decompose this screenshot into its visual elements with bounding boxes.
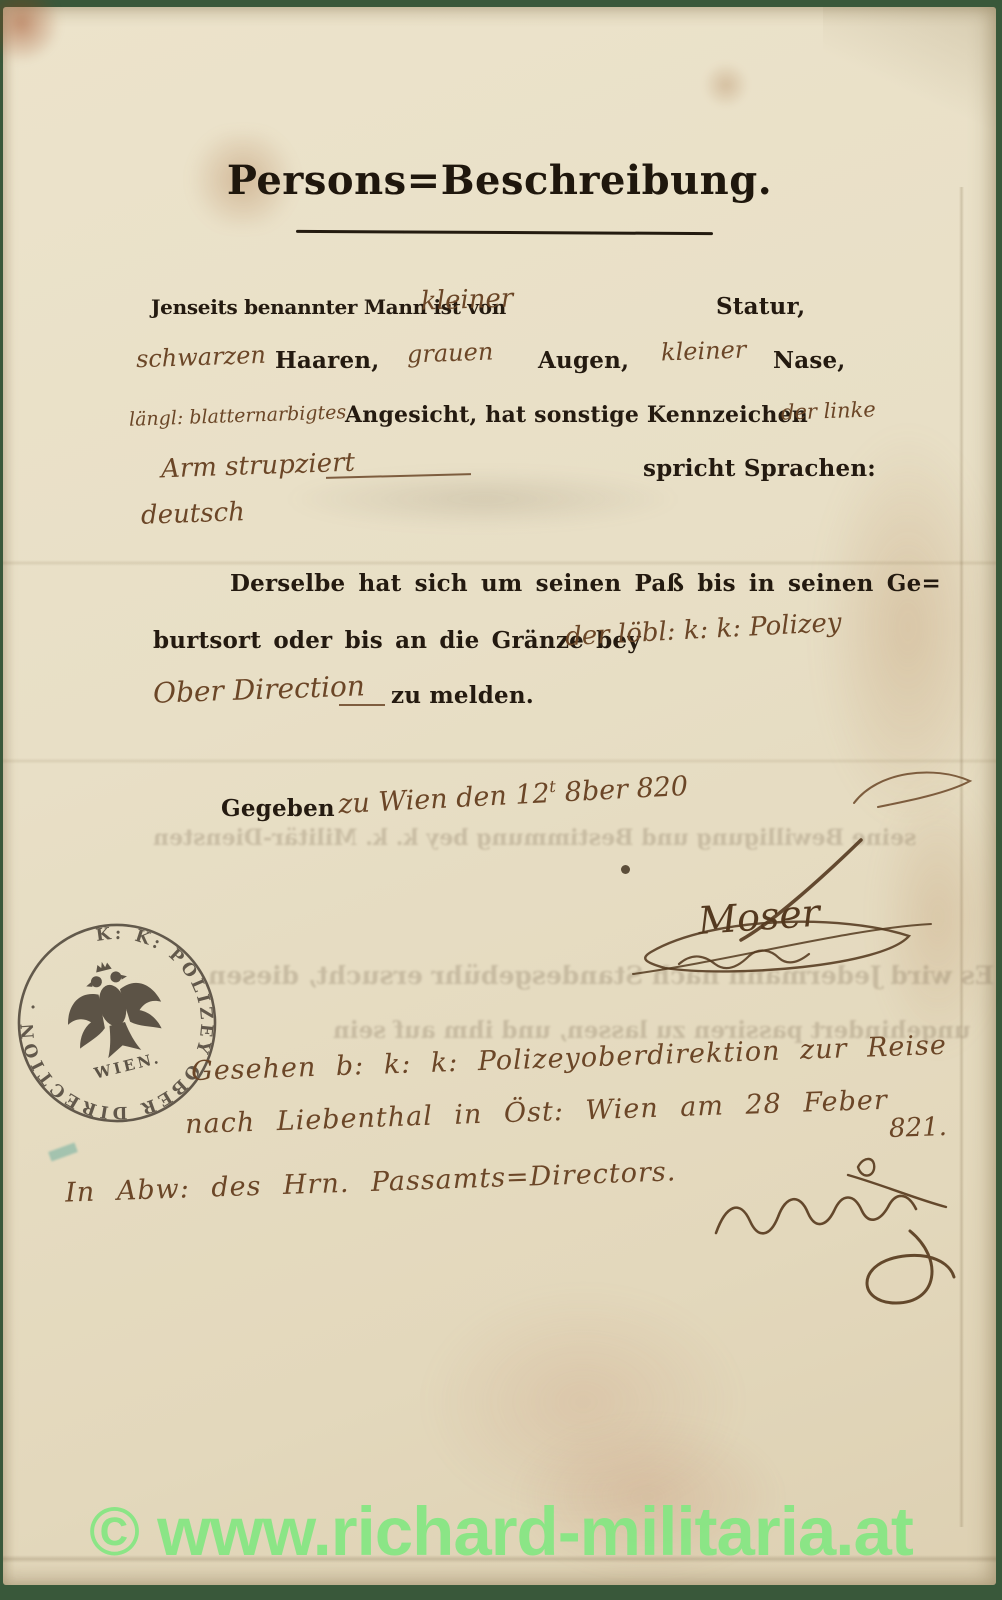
stain [423, 1287, 743, 1517]
scanned-document-photo: { "photo": { "background_color": "#39583… [0, 0, 1002, 1600]
printed-text: Statur, [716, 293, 805, 320]
blank-line-dash [339, 704, 385, 706]
printed-text: Derselbe hat sich um seinen Paß bis in s… [230, 570, 941, 597]
stamp-city-text: WIEN. [91, 1049, 163, 1083]
date-part: zu Wien den 12 [337, 778, 550, 820]
handwritten-entry: deutsch [141, 497, 246, 531]
stain [0, 0, 61, 63]
stain [48, 1143, 78, 1162]
fold-shadow [823, 7, 996, 137]
police-stamp: K: K: POLIZEY OBER DIRECTION . WIEN. [11, 917, 223, 1129]
signature-scrawl [716, 1196, 916, 1233]
printed-text: Haaren, [275, 347, 379, 374]
handwritten-entry: der linke [781, 397, 876, 424]
handwritten-entry: kleiner [661, 336, 747, 367]
handwritten-entry: längl: blatternarbigtes [129, 401, 347, 431]
signature-moser: Moser [613, 832, 973, 982]
signature-scrawl [679, 950, 809, 968]
handwritten-entry: Ober Direction [152, 669, 365, 709]
handwritten-entry: schwarzen [136, 341, 267, 374]
printed-text: spricht Sprachen: [643, 455, 876, 482]
printed-text: Nase, [773, 347, 846, 374]
document-title: Persons=Beschreibung. [3, 157, 996, 204]
pen-flourish [848, 763, 978, 818]
handwritten-date: zu Wien den 12t 8ber 820 [337, 770, 688, 820]
endorsement-line: In Abw: des Hrn. Passamts=Directors. [65, 1156, 677, 1208]
date-superscript: t [549, 777, 557, 796]
date-part: 8ber 820 [564, 771, 689, 808]
handwritten-entry: der löbl: k: k: Polizey [564, 608, 842, 652]
printed-text: zu melden. [391, 682, 534, 709]
printed-text: Augen, [538, 347, 629, 374]
endorsement-line: nach Liebenthal in Öst: Wien am 28 Feber [185, 1085, 889, 1141]
signature-descender-loop [867, 1231, 954, 1303]
document-page: seine Bewilligung und Bestimmung bey k. … [3, 7, 996, 1585]
double-eagle-emblem [55, 950, 171, 1065]
stain [703, 62, 749, 108]
printed-text: Gegeben [221, 795, 335, 822]
handwritten-entry: kleiner [421, 283, 514, 316]
title-underline [296, 230, 713, 235]
signature-official [698, 1145, 988, 1320]
dealer-watermark: © www.richard-militaria.at [0, 1492, 1002, 1571]
signature-upper-flourish [848, 1159, 946, 1207]
endorsement-year: 821. [888, 1112, 947, 1144]
fold-crease [3, 560, 996, 566]
signature-name: Moser [696, 890, 825, 943]
printed-text: Angesicht, hat sonstige Kennzeichen [345, 402, 808, 428]
handwritten-entry: grauen [407, 338, 494, 369]
